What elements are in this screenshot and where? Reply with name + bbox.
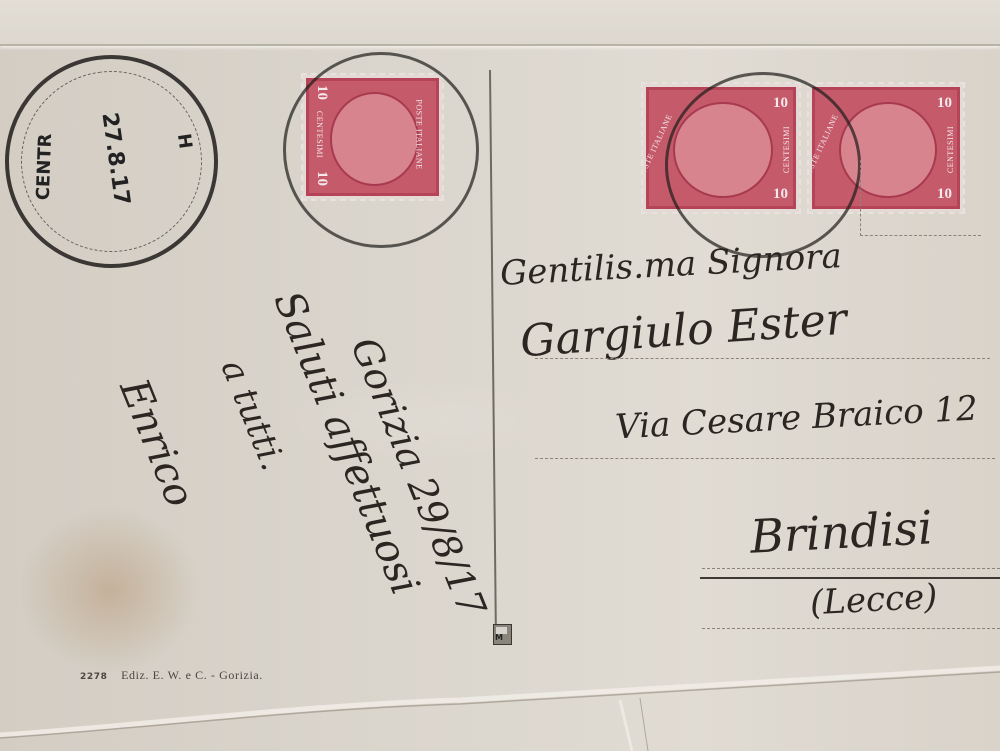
address-salutation: Gentilis.ma Signora	[499, 236, 842, 294]
postcard: CENTR 27.8.17 H 10 10 CENTESIMI POSTE IT…	[0, 0, 1000, 751]
message-greeting-line2: a tutti.	[213, 354, 293, 476]
stamp-cancel-left	[283, 52, 479, 248]
address-city: Brindisi	[749, 500, 934, 563]
postmark-corner-letter: H	[173, 132, 196, 150]
card-number: 2278	[80, 672, 107, 682]
printer-imprint: 2278 Ediz. E. W. e C. - Gorizia.	[80, 668, 263, 683]
address-line-3	[702, 568, 1000, 569]
address-divider-line	[489, 70, 496, 630]
stamp-placement-box	[860, 160, 981, 236]
address-line-4	[702, 628, 1000, 629]
postmark-arc-text: CENTR	[33, 133, 56, 200]
message-signature: Enrico	[110, 373, 203, 514]
address-line-1	[535, 358, 990, 359]
address-line-2	[535, 458, 995, 459]
city-underline	[700, 577, 1000, 579]
address-province: (Lecce)	[809, 577, 938, 624]
publisher-text: Ediz. E. W. e C. - Gorizia.	[121, 668, 263, 682]
publisher-logo-icon	[493, 624, 512, 645]
address-name: Gargiulo Ester	[519, 294, 849, 368]
folded-top-edge	[0, 0, 1000, 46]
stamp-value: 10	[937, 95, 952, 112]
left-postmark: CENTR 27.8.17 H	[0, 41, 232, 282]
stamp-cancel-right	[665, 72, 861, 258]
address-street: Via Cesare Braico 12	[614, 389, 979, 448]
